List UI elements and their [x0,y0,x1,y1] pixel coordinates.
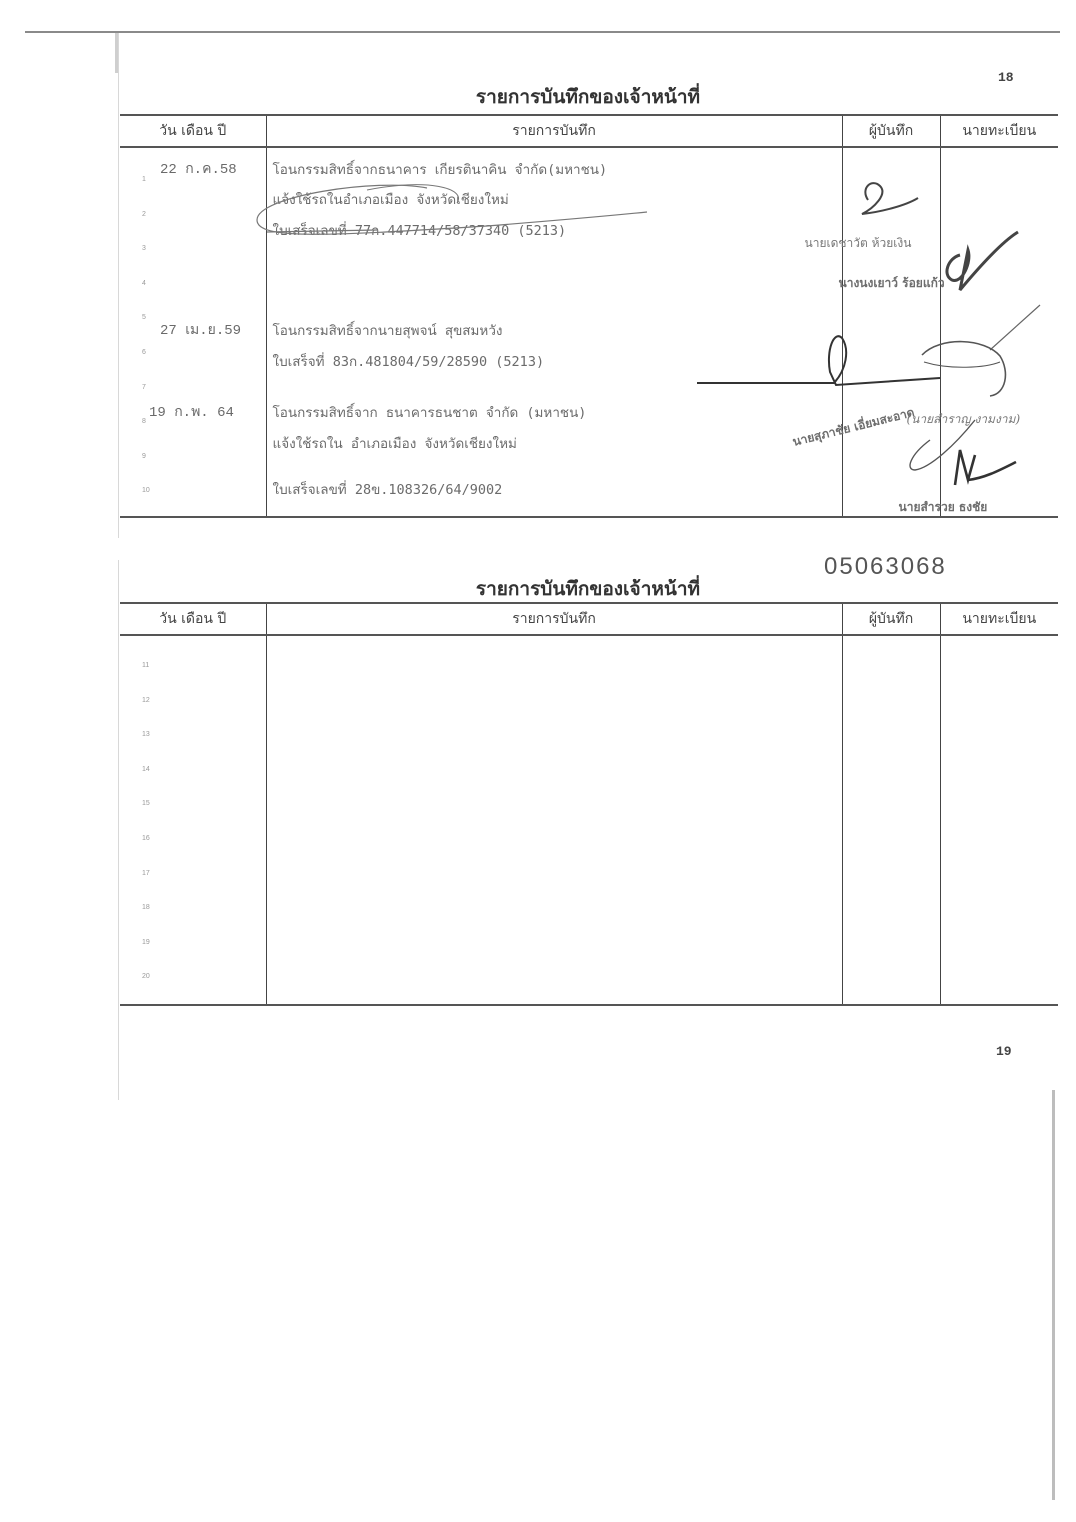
ledger-table-bottom: วัน เดือน ปี รายการบันทึก ผู้บันทึก นายท… [120,602,1058,1006]
recorder-column [842,635,940,1005]
registrar-column [940,635,1058,1005]
entry-line: โอนกรรมสิทธิ์จาก ธนาคารธนชาต จำกัด (มหาช… [273,401,587,423]
ledger-body-row: 11121314151617181920 [120,635,1058,1005]
line-number: 15 [142,800,150,807]
line-number: 2 [142,211,146,218]
line-number: 14 [142,766,150,773]
registrar-stamp: (นายสำราญ งามงาม) [907,410,1021,429]
section-title-bottom: รายการบันทึกของเจ้าหน้าที่ [0,574,1076,604]
line-number: 8 [142,418,146,425]
entry-line: ใบเสร็จเลขที่ 77ก.447714/58/37340 (5213) [273,219,567,241]
entry-line: แจ้งใช้รถใน อำเภอเมือง จังหวัดเชียงใหม่ [273,432,517,454]
page-number-bottom: 19 [996,1044,1012,1059]
entry-line: โอนกรรมสิทธิ์จากธนาคาร เกียรตินาคิน จำกั… [273,158,608,180]
registrar-stamp: นายสำรวย ธงชัย [899,498,988,517]
line-number: 12 [142,697,150,704]
line-number: 16 [142,835,150,842]
ledger-table-top: วัน เดือน ปี รายการบันทึก ผู้บันทึก นายท… [120,114,1058,518]
line-number: 1 [142,176,146,183]
entry-line: ใบเสร็จเลขที่ 28ข.108326/64/9002 [273,478,503,500]
ledger-body-row: 12345678910 22 ก.ค.58 27 เม.ย.59 19 ก.พ.… [120,147,1058,517]
header-date: วัน เดือน ปี [120,115,266,147]
date-column: 12345678910 22 ก.ค.58 27 เม.ย.59 19 ก.พ.… [120,147,266,517]
header-registrar: นายทะเบียน [940,115,1058,147]
ledger-header-row: วัน เดือน ปี รายการบันทึก ผู้บันทึก นายท… [120,115,1058,147]
header-date: วัน เดือน ปี [120,603,266,635]
line-number: 7 [142,384,146,391]
entry-line: แจ้งใช้รถในอำเภอเมือง จังหวัดเชียงใหม่ [273,188,509,210]
entry-column [266,635,842,1005]
entry-line: โอนกรรมสิทธิ์จากนายสุพจน์ สุขสมหวัง [273,319,503,341]
line-number: 11 [142,662,149,669]
section-title-top: รายการบันทึกของเจ้าหน้าที่ [0,82,1076,112]
line-number: 6 [142,349,146,356]
line-number: 4 [142,280,146,287]
recorder-stamp: นายเดชาวัต ห้วยเงิน [805,234,912,253]
line-number: 18 [142,904,150,911]
ledger-header-row: วัน เดือน ปี รายการบันทึก ผู้บันทึก นายท… [120,603,1058,635]
registrar-stamp: นางนงเยาว์ ร้อยแก้ว [839,274,945,293]
line-number: 17 [142,870,150,877]
line-number: 19 [142,939,150,946]
entry-line: ใบเสร็จที่ 83ก.481804/59/28590 (5213) [273,350,545,372]
line-number: 10 [142,487,150,494]
line-number: 13 [142,731,150,738]
line-number: 3 [142,245,146,252]
entry-date: 22 ก.ค.58 [160,158,237,180]
header-recorder: ผู้บันทึก [842,603,940,635]
header-entry: รายการบันทึก [266,115,842,147]
line-number: 9 [142,453,146,460]
entry-date: 27 เม.ย.59 [160,319,241,341]
header-registrar: นายทะเบียน [940,603,1058,635]
date-column: 11121314151617181920 [120,635,266,1005]
header-entry: รายการบันทึก [266,603,842,635]
scan-edge-right [1052,1090,1055,1500]
line-number: 5 [142,314,146,321]
entry-date: 19 ก.พ. 64 [149,401,234,423]
entry-column: โอนกรรมสิทธิ์จากธนาคาร เกียรตินาคิน จำกั… [266,147,842,517]
registrar-column: (นายสำราญ งามงาม) นายสำรวย ธงชัย [940,147,1058,517]
header-recorder: ผู้บันทึก [842,115,940,147]
line-number: 20 [142,973,150,980]
recorder-column: นายเดชาวัต ห้วยเงิน นางนงเยาว์ ร้อยแก้ว … [842,147,940,517]
